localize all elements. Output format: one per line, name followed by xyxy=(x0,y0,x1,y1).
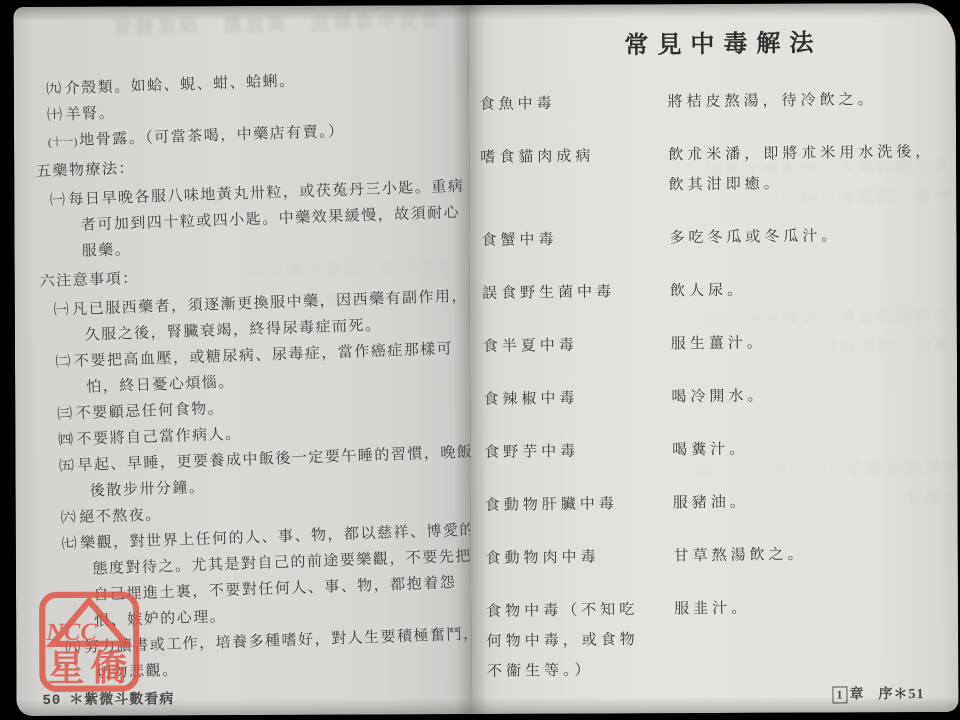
svg-text:NCC: NCC xyxy=(45,619,97,646)
poison-entry: 食動物肝臟中毒服豬油。 xyxy=(485,485,948,521)
item-marker: ㈩ xyxy=(47,107,64,124)
remedy-text: 服生薑汁。 xyxy=(671,326,943,360)
poison-entry: 食野芋中毒喝糞汁。 xyxy=(484,432,947,468)
item-marker: ㈨ xyxy=(46,81,63,98)
page-title: 常見中毒解法 xyxy=(505,21,942,62)
poison-name: 誤食野生菌中毒 xyxy=(482,277,652,309)
item-marker: ㈣ xyxy=(58,432,75,449)
item-text: 不要將自己當作病人。 xyxy=(76,426,241,448)
right-page-footer: 1章序＊51 xyxy=(832,683,924,703)
book-title: ＊紫微斗數看病 xyxy=(69,692,174,707)
poison-name: 食物中毒（不知吃何物中毒，或食物不衞生等。） xyxy=(486,595,657,687)
poison-entry: 食蟹中毒多吃冬瓜或冬瓜汁。 xyxy=(481,220,944,256)
item-text: 不要把高血壓，或糖尿病、尿毒症，當作癌症那樣可怕，終日憂心煩惱。 xyxy=(74,341,454,395)
item-text: 地骨露。（可當茶喝，中藥店有賣。） xyxy=(79,124,345,149)
item-marker: (十一) xyxy=(48,136,78,149)
item-text: 絕不熬夜。 xyxy=(79,507,162,526)
poison-name: 食野芋中毒 xyxy=(484,436,654,468)
remedy-text: 飲人尿。 xyxy=(670,273,942,307)
poison-name: 食辣椒中毒 xyxy=(483,383,653,415)
remedy-text: 將桔皮熬湯，待冷飲之。 xyxy=(667,84,939,118)
right-page-content: 常見中毒解法 食魚中毒將桔皮熬湯，待冷飲之。嗜食貓肉成病飲朮米潘，即將朮米用水洗… xyxy=(479,15,951,710)
remedy-text: 服韭汁。 xyxy=(674,591,947,685)
item-text: 凡已服西藥者，須逐漸更換服中藥，因西藥有副作用，久服之後，腎臟衰竭，終得尿毒症而… xyxy=(72,289,468,344)
item-marker: ㈦ xyxy=(61,536,78,553)
chapter-number-box: 1 xyxy=(832,686,847,703)
poison-name: 食蟹中毒 xyxy=(481,224,651,256)
poison-entry-list: 食魚中毒將桔皮熬湯，待冷飲之。嗜食貓肉成病飲朮米潘，即將朮米用水洗後，飲其泔即癒… xyxy=(479,84,950,687)
ncc-watermark-graphic: NCC 星僑 xyxy=(38,591,140,693)
open-book: 常見中毒解法 高血壓 深度體質 早起早睡 養成午睡習慣 晚飯後散步卅分鐘 ㈨介殼… xyxy=(13,3,958,716)
remedy-text: 喝糞汁。 xyxy=(672,432,944,466)
right-page: 凡已服西藥者 須逐漸更換服中藥 因西藥有副作用 不要把高血壓 或糖尿病 尿毒症 … xyxy=(468,3,958,714)
remedy-text: 多吃冬瓜或冬瓜汁。 xyxy=(669,220,941,254)
poison-name: 嗜食貓肉成病 xyxy=(480,141,651,203)
remedy-text: 飲朮米潘，即將朮米用水洗後，飲其泔即癒。 xyxy=(668,137,941,201)
item-marker: ㈠ xyxy=(53,302,70,319)
footer-separator: ＊ xyxy=(893,687,908,702)
poison-entry: 食辣椒中毒喝冷開水。 xyxy=(483,379,946,415)
poison-name: 食動物肉中毒 xyxy=(485,542,655,574)
poison-entry: 嗜食貓肉成病飲朮米潘，即將朮米用水洗後，飲其泔即癒。 xyxy=(480,137,944,203)
bleedthrough-text: 常見中毒解法 高血壓 深度體質 xyxy=(31,8,439,43)
item-text: 不要顧忌任何食物。 xyxy=(75,401,224,422)
item-marker: ㈡ xyxy=(55,354,72,371)
poison-entry: 食魚中毒將桔皮熬湯，待冷飲之。 xyxy=(479,84,942,120)
book-photo: 常見中毒解法 高血壓 深度體質 早起早睡 養成午睡習慣 晚飯後散步卅分鐘 ㈨介殼… xyxy=(0,0,960,720)
item-text: 早起、早睡，更要養成中飯後一定要午睡的習慣，晚飯後散步卅分鐘。 xyxy=(77,445,473,500)
item-marker: ㈢ xyxy=(57,406,74,423)
chapter-label: 章 xyxy=(849,687,864,702)
poison-name: 食魚中毒 xyxy=(479,88,649,120)
ncc-watermark: NCC 星僑 xyxy=(38,591,140,693)
remedy-text: 喝冷開水。 xyxy=(671,379,943,413)
item-text: 介殼類。如蛤、蜆、蚶、蛤蜊。 xyxy=(64,73,295,97)
remedy-text: 甘草熬湯飲之。 xyxy=(673,538,945,572)
item-marker: ㈥ xyxy=(61,510,78,527)
item-text: 羊腎。 xyxy=(65,106,115,124)
item-marker: ㈠ xyxy=(50,192,67,209)
right-page-number: 51 xyxy=(908,687,924,702)
left-page: 常見中毒解法 高血壓 深度體質 早起早睡 養成午睡習慣 晚飯後散步卅分鐘 ㈨介殼… xyxy=(13,5,471,716)
section-label: 序 xyxy=(878,687,893,702)
left-page-footer: 50＊紫微斗數看病 xyxy=(42,688,174,709)
item-text: 每日早晚各服八味地黃丸卅粒，或茯菟丹三小匙。重病者可加到四十粒或四小匙。中藥效果… xyxy=(68,179,464,260)
poison-entry: 誤食野生菌中毒飲人尿。 xyxy=(482,273,945,309)
remedy-text: 服豬油。 xyxy=(673,485,945,519)
item-text: 努力讀書或工作，培養多種嗜好，對人生要積極奮鬥，切勿悲觀。 xyxy=(83,626,479,681)
poison-name: 食半夏中毒 xyxy=(483,330,653,362)
poison-entry: 食動物肉中毒甘草熬湯飲之。 xyxy=(485,538,948,574)
poison-entry: 食半夏中毒服生薑汁。 xyxy=(483,326,946,362)
poison-entry: 食物中毒（不知吃何物中毒，或食物不衞生等。）服韭汁。 xyxy=(486,591,950,687)
item-marker: ㈤ xyxy=(59,458,76,475)
svg-text:星僑: 星僑 xyxy=(47,647,133,688)
left-page-number: 50 xyxy=(42,693,61,709)
list-item: ㈠每日早晚各服八味地黃丸卅粒，或茯菟丹三小匙。重病者可加到四十粒或四小匙。中藥效… xyxy=(50,173,476,265)
poison-name: 食動物肝臟中毒 xyxy=(485,489,655,521)
